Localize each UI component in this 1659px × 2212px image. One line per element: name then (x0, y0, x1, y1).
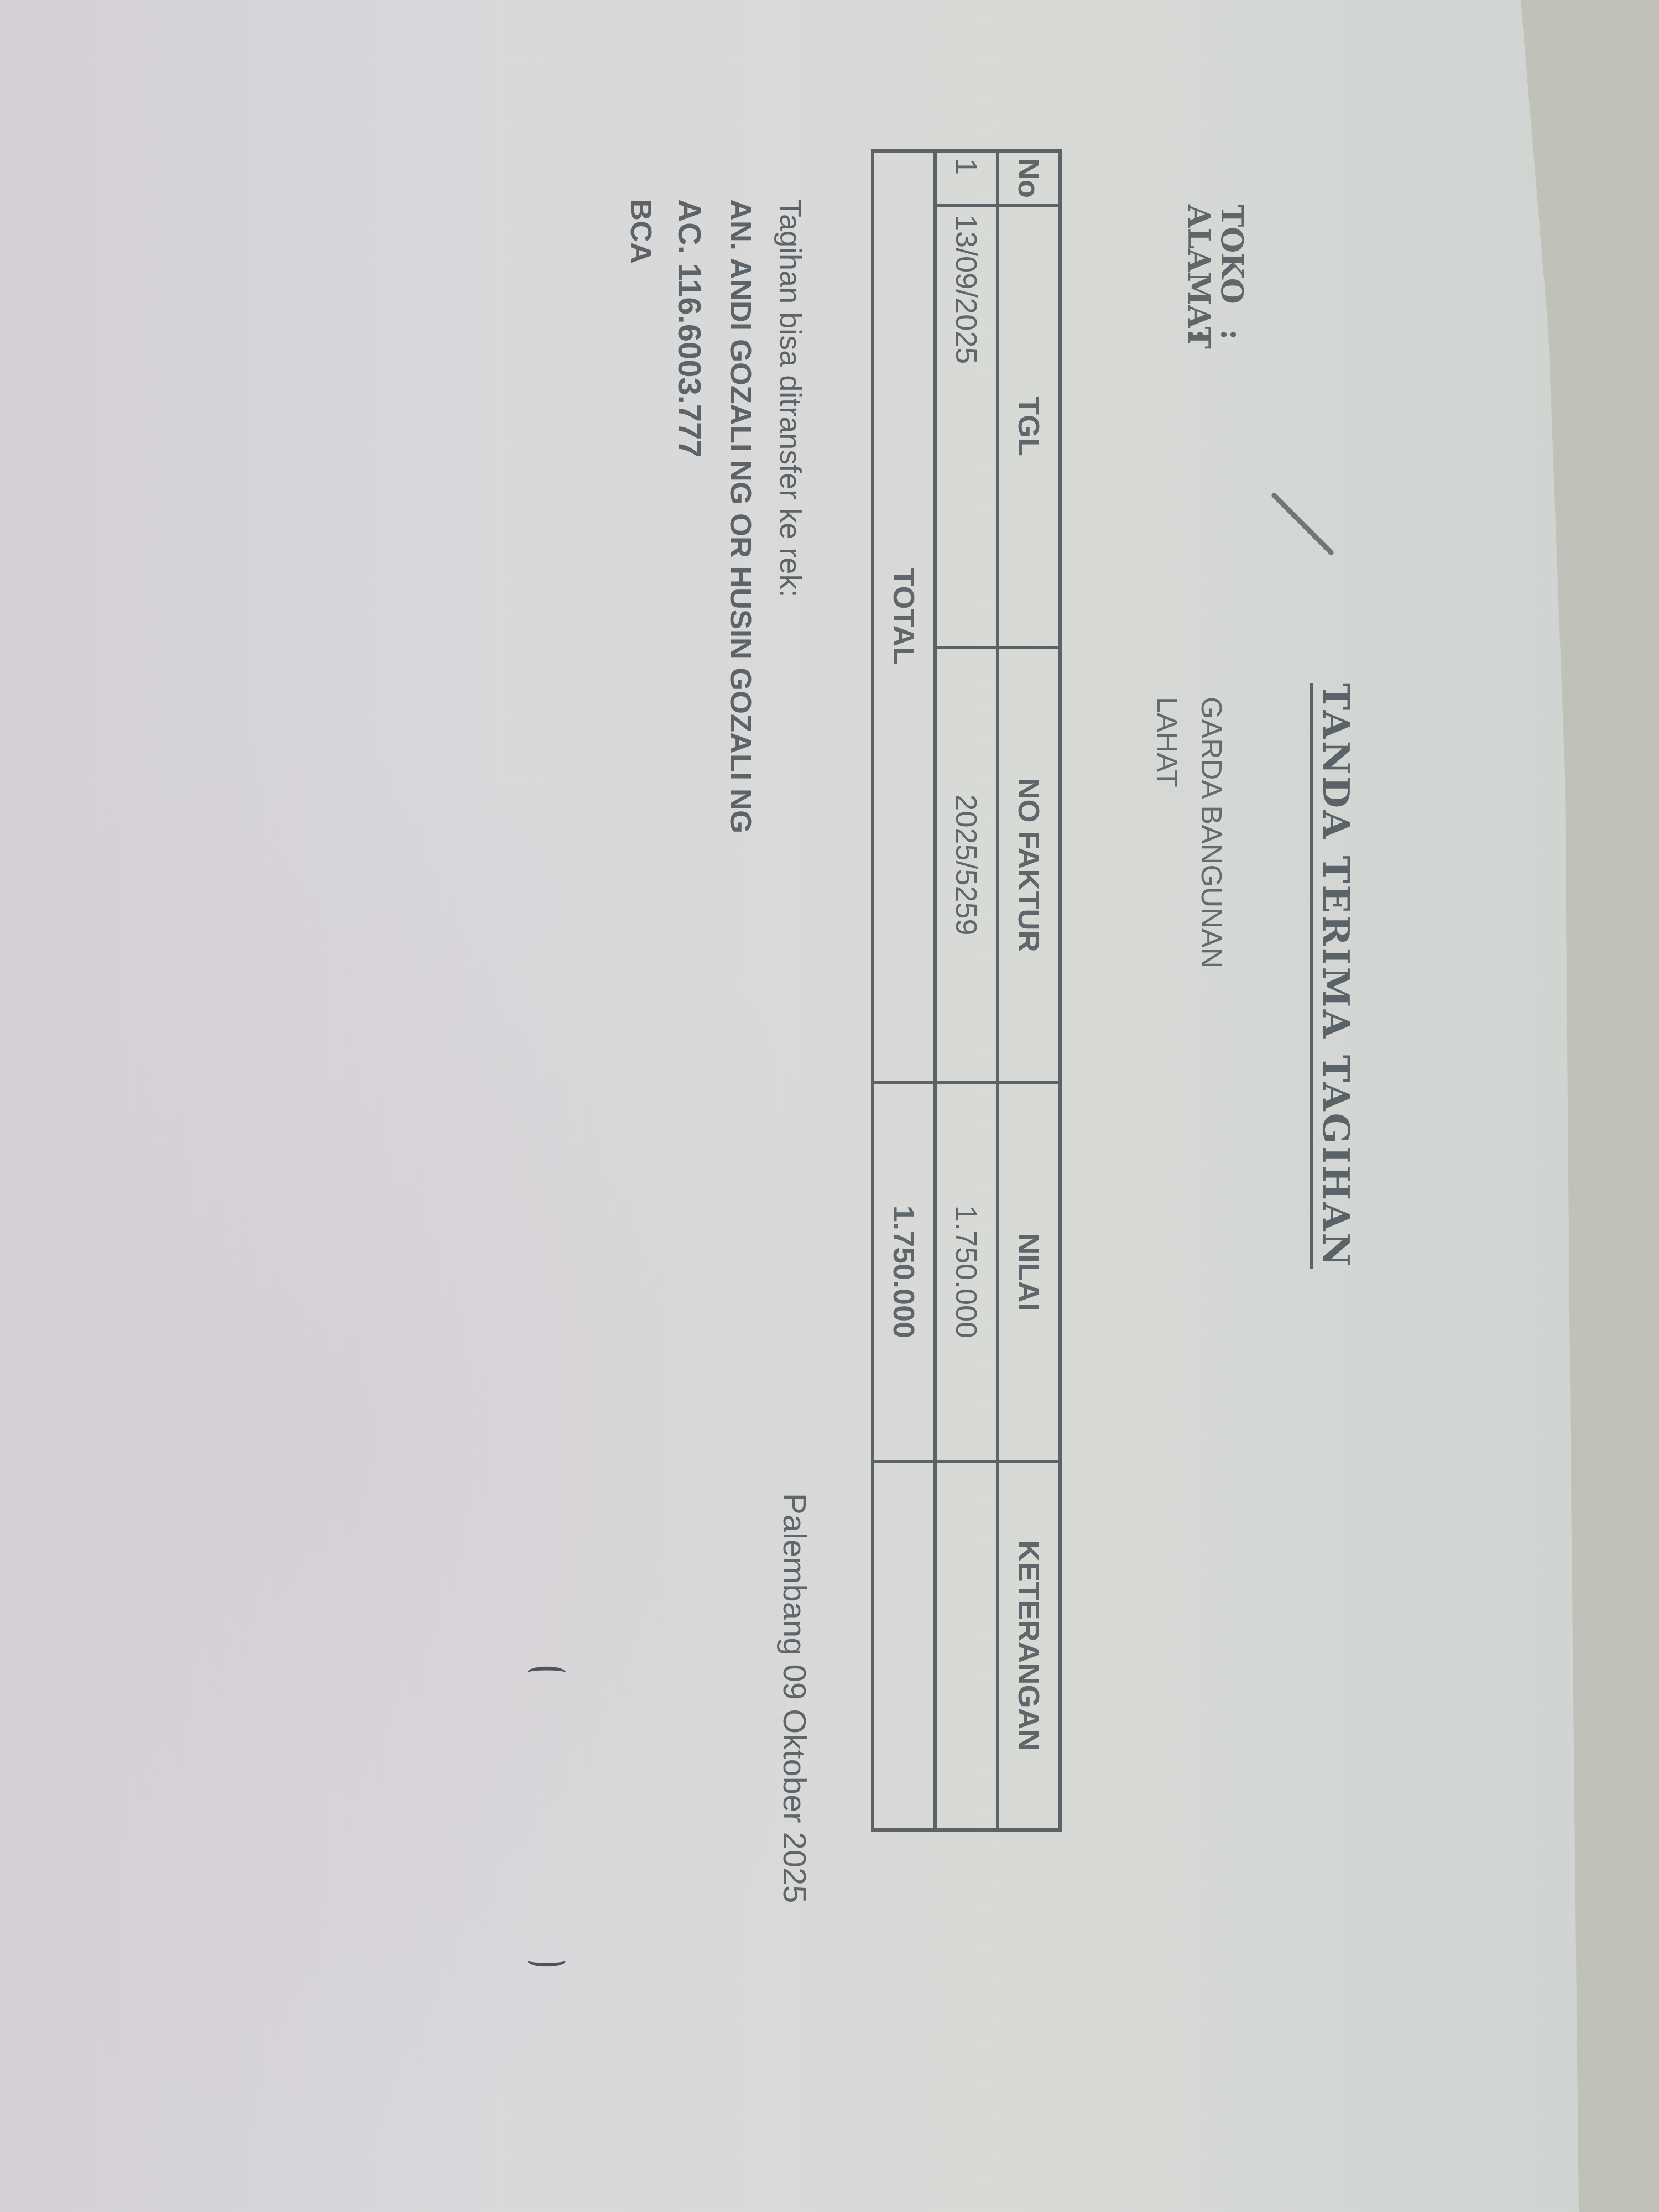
table-row: 1 13/09/2025 2025/5259 1.750.000 (935, 151, 998, 1830)
payment-note-intro: Tagihan bisa ditransfer ke rek: (773, 199, 807, 597)
cell-nilai: 1.750.000 (935, 1082, 998, 1462)
total-keterangan (873, 1462, 935, 1830)
total-label: TOTAL (873, 151, 935, 1082)
toko-label: TOKO (1214, 205, 1250, 304)
header-keterangan: KETERANGAN (998, 1462, 1060, 1830)
cell-tgl: 13/09/2025 (935, 205, 998, 648)
pen-mark-slash (1271, 492, 1335, 556)
place-and-date: Palembang 09 Oktober 2025 (776, 1493, 813, 1903)
alamat-colon: : (1181, 329, 1217, 340)
payment-account-name: AN. ANDI GOZALI NG OR HUSIN GOZALI NG (723, 199, 758, 833)
signature-bracket-close (528, 1954, 566, 1967)
header-no: No (998, 151, 1060, 205)
alamat-label: ALAMAT (1181, 205, 1217, 349)
toko-colon: : (1214, 329, 1250, 340)
table-total-row: TOTAL 1.750.000 (873, 151, 935, 1830)
table-header-row: No TGL NO FAKTUR NILAI KETERANGAN (998, 151, 1060, 1830)
cell-keterangan (935, 1462, 998, 1830)
header-nilai: NILAI (998, 1082, 1060, 1462)
cell-no: 1 (935, 151, 998, 205)
payment-bank: BCA (624, 199, 658, 264)
header-tgl: TGL (998, 205, 1060, 648)
alamat-value: LAHAT (1150, 697, 1183, 787)
cell-no-faktur: 2025/5259 (935, 648, 998, 1082)
total-value: 1.750.000 (873, 1082, 935, 1462)
toko-value: GARDA BANGUNAN (1194, 697, 1228, 968)
signature-bracket-open (528, 1667, 566, 1679)
document-title: TANDA TERIMA TAGIHAN (1310, 683, 1358, 1269)
document-page: TANDA TERIMA TAGIHAN TOKO : GARDA BANGUN… (0, 0, 1659, 2212)
invoice-table: No TGL NO FAKTUR NILAI KETERANGAN 1 13/0… (871, 149, 1062, 1832)
payment-account-number: AC. 116.6003.777 (671, 199, 708, 458)
header-no-faktur: NO FAKTUR (998, 648, 1060, 1082)
